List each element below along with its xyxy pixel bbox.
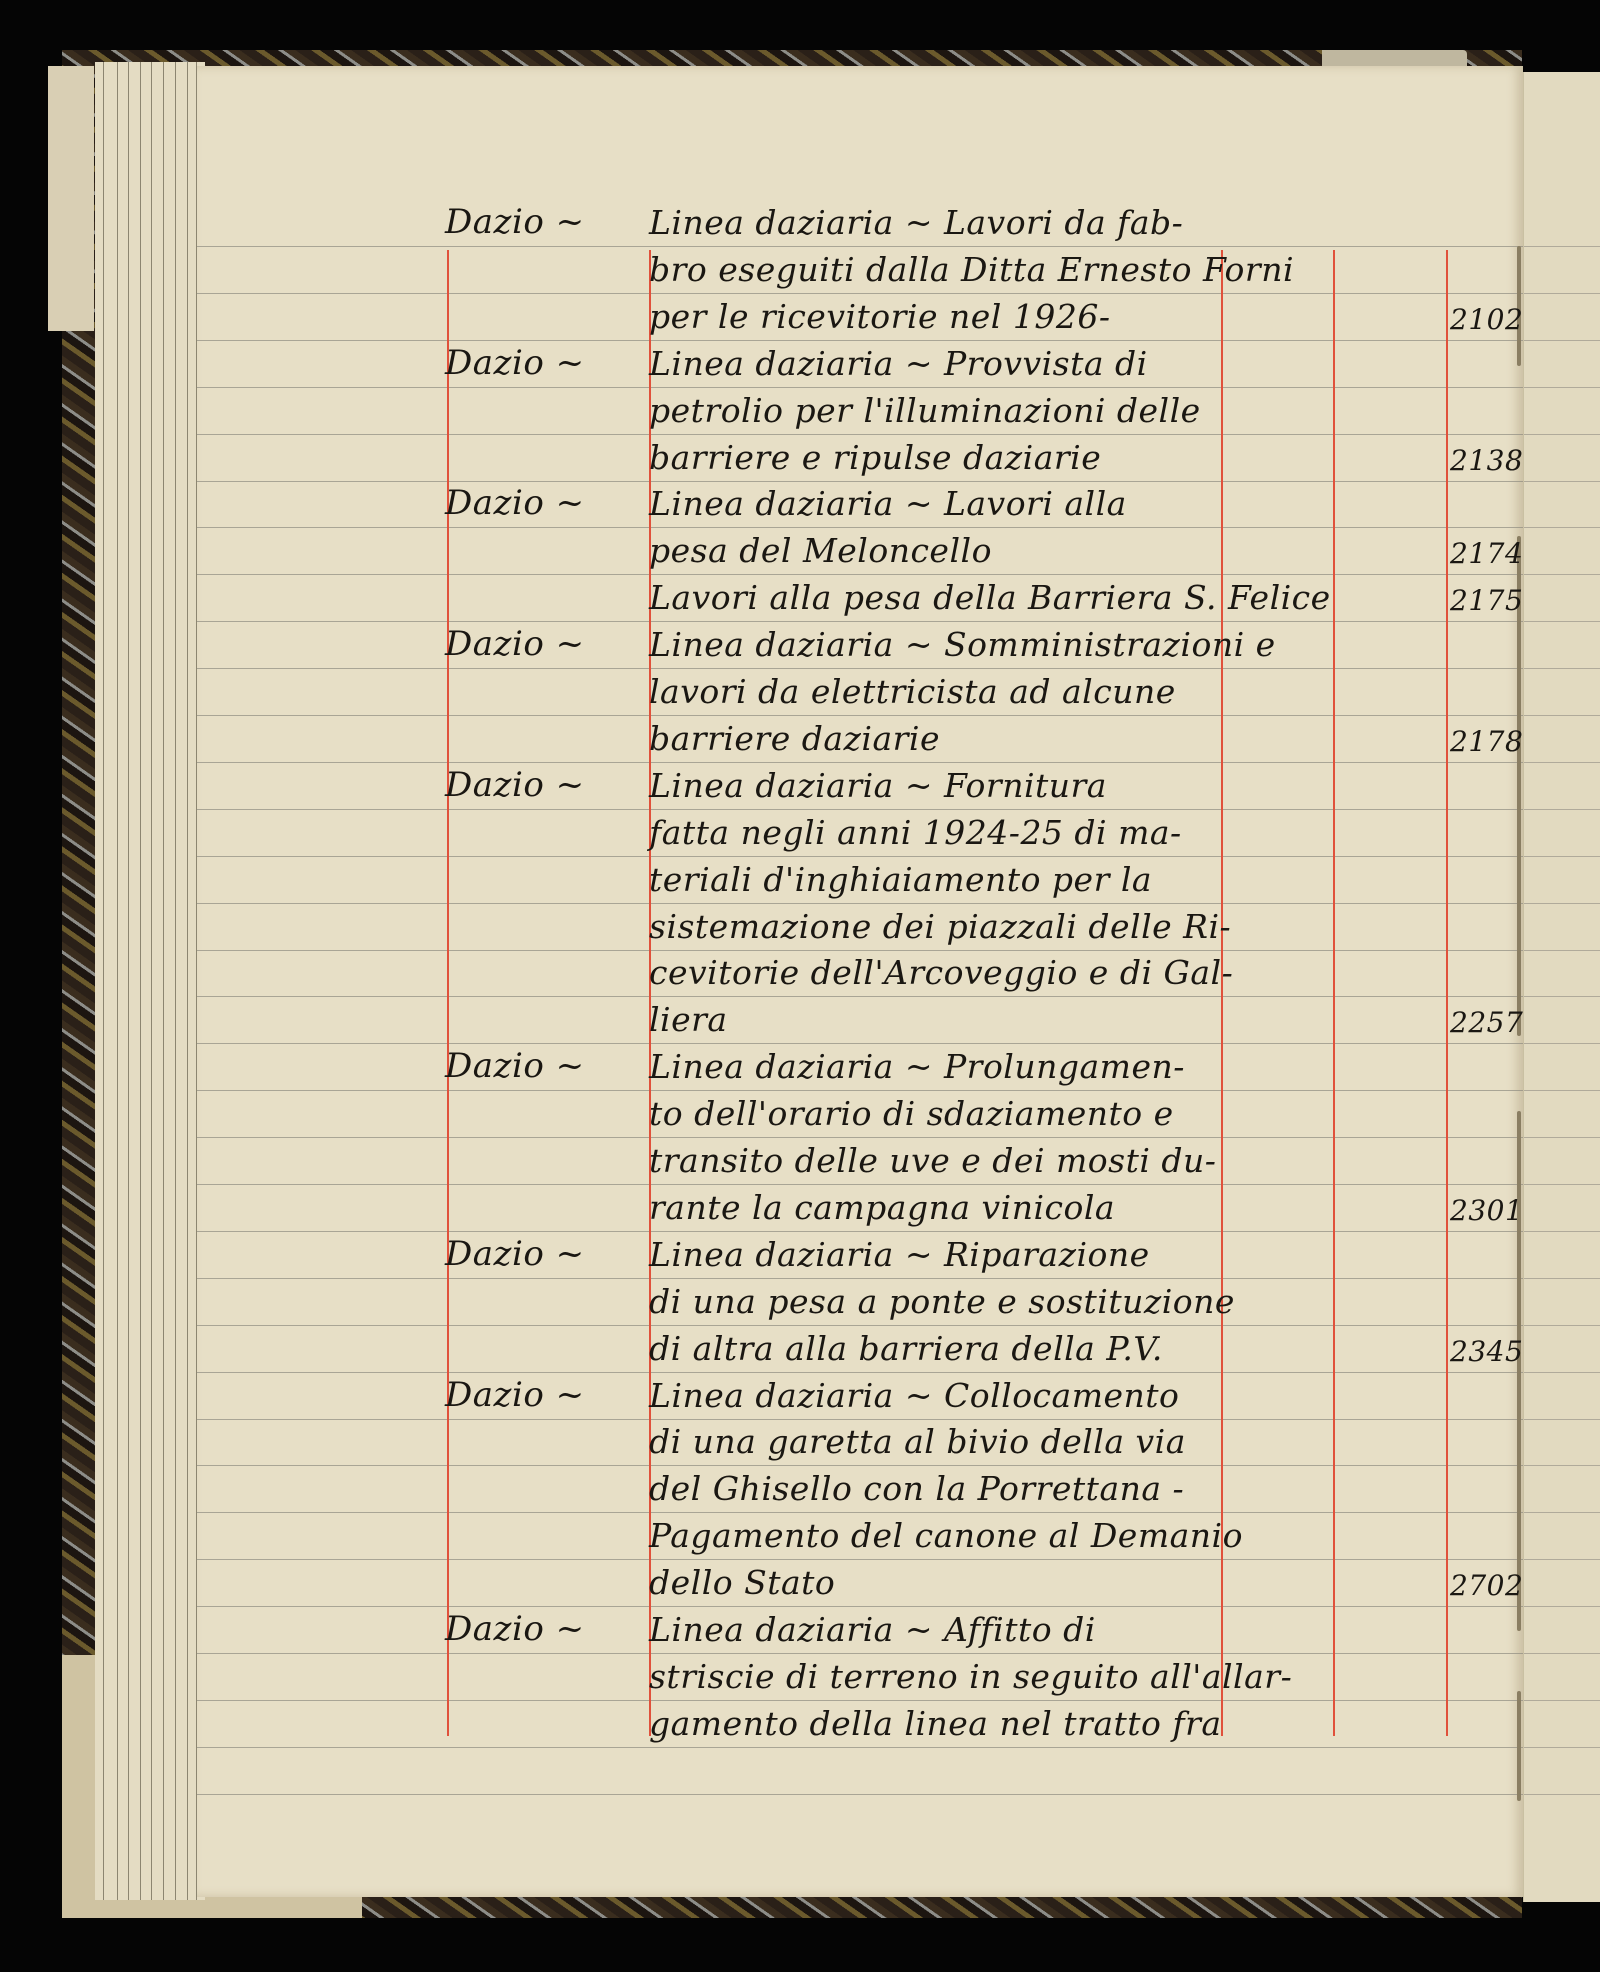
ledger-line: to dell'orario di sdaziamento e — [197, 1090, 1523, 1137]
ruled-line — [1524, 950, 1600, 951]
ruled-line — [1524, 621, 1600, 622]
entry-reference-number: 2138 — [1450, 444, 1523, 477]
ledger-line: Dazio ~Linea daziaria ~ Provvista di — [197, 340, 1523, 387]
ruled-line — [1524, 340, 1600, 341]
entry-description: bro eseguiti dalla Ditta Ernesto Forni — [649, 250, 1294, 289]
entry-description: striscie di terreno in seguito all'allar… — [649, 1657, 1292, 1696]
entry-category: Dazio ~ — [445, 765, 585, 805]
ruled-line — [1524, 762, 1600, 763]
entry-description: per le ricevitorie nel 1926- — [649, 297, 1110, 336]
ruled-line — [1524, 574, 1600, 575]
entry-description: di una pesa a ponte e sostituzione — [649, 1282, 1235, 1321]
entry-description: Linea daziaria ~ Collocamento — [649, 1376, 1179, 1415]
entry-description: transito delle uve e dei mosti du- — [649, 1141, 1216, 1180]
ledger-line: petrolio per l'illuminazioni delle — [197, 387, 1523, 434]
ledger-line: pesa del Meloncello2174 — [197, 527, 1523, 574]
ledger-line: liera2257 — [197, 996, 1523, 1043]
ledger-line: di una garetta al bivio della via — [197, 1418, 1523, 1465]
ruled-line — [1524, 1419, 1600, 1420]
entry-reference-number: 2301 — [1450, 1194, 1523, 1227]
page-edge — [151, 62, 152, 1900]
ruled-line — [1524, 903, 1600, 904]
ruled-line — [1524, 481, 1600, 482]
ruled-line — [1524, 1559, 1600, 1560]
cover-edge-strip — [1322, 50, 1467, 67]
entry-description: Linea daziaria ~ Lavori alla — [649, 484, 1127, 523]
entry-reference-number: 2702 — [1450, 1569, 1523, 1602]
ledger-line: Dazio ~Linea daziaria ~ Somministrazioni… — [197, 621, 1523, 668]
entry-description: pesa del Meloncello — [649, 531, 992, 570]
page-edge — [163, 62, 164, 1900]
ledger-line: Dazio ~Linea daziaria ~ Prolungamen- — [197, 1043, 1523, 1090]
entry-reference-number: 2178 — [1450, 725, 1523, 758]
ruled-line — [1524, 996, 1600, 997]
entry-category: Dazio ~ — [445, 202, 585, 242]
entry-description: dello Stato — [649, 1563, 835, 1602]
entry-category: Dazio ~ — [445, 624, 585, 664]
ruled-line — [1524, 1794, 1600, 1795]
entry-description: Linea daziaria ~ Somministrazioni e — [649, 625, 1276, 664]
entry-description: barriere daziarie — [649, 719, 940, 758]
entry-description: Linea daziaria ~ Affitto di — [649, 1610, 1096, 1649]
ruled-line — [1524, 1512, 1600, 1513]
entry-reference-number: 2174 — [1450, 537, 1523, 570]
entry-description: Linea daziaria ~ Riparazione — [649, 1235, 1150, 1274]
ledger-line: rante la campagna vinicola2301 — [197, 1184, 1523, 1231]
ledger-line: sistemazione dei piazzali delle Ri- — [197, 903, 1523, 950]
ruled-line — [1524, 1325, 1600, 1326]
entry-description: to dell'orario di sdaziamento e — [649, 1094, 1174, 1133]
entry-reference-number: 2345 — [1450, 1335, 1523, 1368]
entry-description: petrolio per l'illuminazioni delle — [649, 391, 1201, 430]
ledger-line: Dazio ~Linea daziaria ~ Affitto di — [197, 1606, 1523, 1653]
ruled-line — [1524, 1137, 1600, 1138]
ledger-line: gamento della linea nel tratto fra — [197, 1700, 1523, 1747]
entry-description: cevitorie dell'Arcoveggio e di Gal- — [649, 953, 1233, 992]
ledger-line: di altra alla barriera della P.V.2345 — [197, 1325, 1523, 1372]
entry-description: Lavori alla pesa della Barriera S. Felic… — [649, 578, 1331, 617]
ruled-line — [1524, 1231, 1600, 1232]
entry-category: Dazio ~ — [445, 1609, 585, 1649]
ruled-line — [197, 1794, 1523, 1795]
ruled-line — [1524, 1465, 1600, 1466]
ruled-line — [1524, 434, 1600, 435]
ledger-line: dello Stato2702 — [197, 1559, 1523, 1606]
entry-reference-number: 2257 — [1450, 1006, 1523, 1039]
ledger-page: Dazio ~Linea daziaria ~ Lavori da fab-br… — [197, 66, 1523, 1897]
entry-description: di una garetta al bivio della via — [649, 1422, 1186, 1461]
ruled-line — [197, 1747, 1523, 1748]
entry-description: Pagamento del canone al Demanio — [649, 1516, 1243, 1555]
entry-category: Dazio ~ — [445, 483, 585, 523]
entry-category: Dazio ~ — [445, 1046, 585, 1086]
ledger-line: di una pesa a ponte e sostituzione — [197, 1278, 1523, 1325]
ledger-line: lavori da elettricista ad alcune — [197, 668, 1523, 715]
page-edge — [175, 62, 176, 1900]
entry-category: Dazio ~ — [445, 1234, 585, 1274]
ruled-line — [1524, 293, 1600, 294]
page-edge — [187, 62, 188, 1900]
ruled-line — [1524, 1278, 1600, 1279]
ledger-line: bro eseguiti dalla Ditta Ernesto Forni — [197, 246, 1523, 293]
ruled-line — [1524, 1184, 1600, 1185]
entry-description: rante la campagna vinicola — [649, 1188, 1115, 1227]
page-edge — [103, 62, 104, 1900]
ruled-line — [1524, 1700, 1600, 1701]
entry-description: del Ghisello con la Porrettana - — [649, 1469, 1184, 1508]
page-stack-edges — [95, 62, 205, 1900]
ruled-line — [1524, 1606, 1600, 1607]
ledger-line: fatta negli anni 1924-25 di ma- — [197, 809, 1523, 856]
ledger-line: Dazio ~Linea daziaria ~ Lavori alla — [197, 480, 1523, 527]
leather-corner-top — [48, 66, 94, 331]
ledger-line: Dazio ~Linea daziaria ~ Lavori da fab- — [197, 199, 1523, 246]
ruled-line — [1524, 856, 1600, 857]
ledger-line: transito delle uve e dei mosti du- — [197, 1137, 1523, 1184]
ruled-line — [1524, 1372, 1600, 1373]
ledger-line: Dazio ~Linea daziaria ~ Collocamento — [197, 1372, 1523, 1419]
page-edge — [140, 62, 141, 1900]
entry-reference-number: 2102 — [1450, 303, 1523, 336]
ruled-line — [1524, 527, 1600, 528]
ruled-line — [1524, 1043, 1600, 1044]
ledger-line: Dazio ~Linea daziaria ~ Riparazione — [197, 1231, 1523, 1278]
facing-page-edge — [1523, 72, 1600, 1902]
entry-description: liera — [649, 1000, 728, 1039]
ruled-line — [1524, 246, 1600, 247]
entry-description: fatta negli anni 1924-25 di ma- — [649, 813, 1182, 852]
entry-description: Linea daziaria ~ Provvista di — [649, 344, 1148, 383]
page-edge — [117, 62, 118, 1900]
page-edge — [128, 62, 129, 1900]
ledger-line: teriali d'inghiaiamento per la — [197, 856, 1523, 903]
ruled-line — [1524, 1090, 1600, 1091]
ruled-line — [1524, 809, 1600, 810]
ruled-line — [1524, 715, 1600, 716]
entry-description: barriere e ripulse daziarie — [649, 438, 1101, 477]
entry-description: Linea daziaria ~ Lavori da fab- — [649, 203, 1183, 242]
entry-description: Linea daziaria ~ Prolungamen- — [649, 1047, 1185, 1086]
ledger-line: Lavori alla pesa della Barriera S. Felic… — [197, 574, 1523, 621]
ruled-line — [1524, 387, 1600, 388]
ruled-line — [1524, 668, 1600, 669]
entry-description: teriali d'inghiaiamento per la — [649, 860, 1152, 899]
ruled-line — [1524, 1653, 1600, 1654]
entry-description: gamento della linea nel tratto fra — [649, 1704, 1222, 1743]
entry-description: sistemazione dei piazzali delle Ri- — [649, 907, 1231, 946]
entry-category: Dazio ~ — [445, 343, 585, 383]
ledger-line: barriere e ripulse daziarie2138 — [197, 434, 1523, 481]
ruled-line — [1524, 1747, 1600, 1748]
ledger-line: Dazio ~Linea daziaria ~ Fornitura — [197, 762, 1523, 809]
entry-description: Linea daziaria ~ Fornitura — [649, 766, 1107, 805]
ledger-line: del Ghisello con la Porrettana - — [197, 1465, 1523, 1512]
entry-category: Dazio ~ — [445, 1375, 585, 1415]
entry-description: di altra alla barriera della P.V. — [649, 1329, 1163, 1368]
ledger-line: cevitorie dell'Arcoveggio e di Gal- — [197, 949, 1523, 996]
ledger-line: barriere daziarie2178 — [197, 715, 1523, 762]
ledger-line: striscie di terreno in seguito all'allar… — [197, 1653, 1523, 1700]
ledger-line: per le ricevitorie nel 1926-2102 — [197, 293, 1523, 340]
entry-description: lavori da elettricista ad alcune — [649, 672, 1176, 711]
entry-reference-number: 2175 — [1450, 584, 1523, 617]
ledger-line: Pagamento del canone al Demanio — [197, 1512, 1523, 1559]
